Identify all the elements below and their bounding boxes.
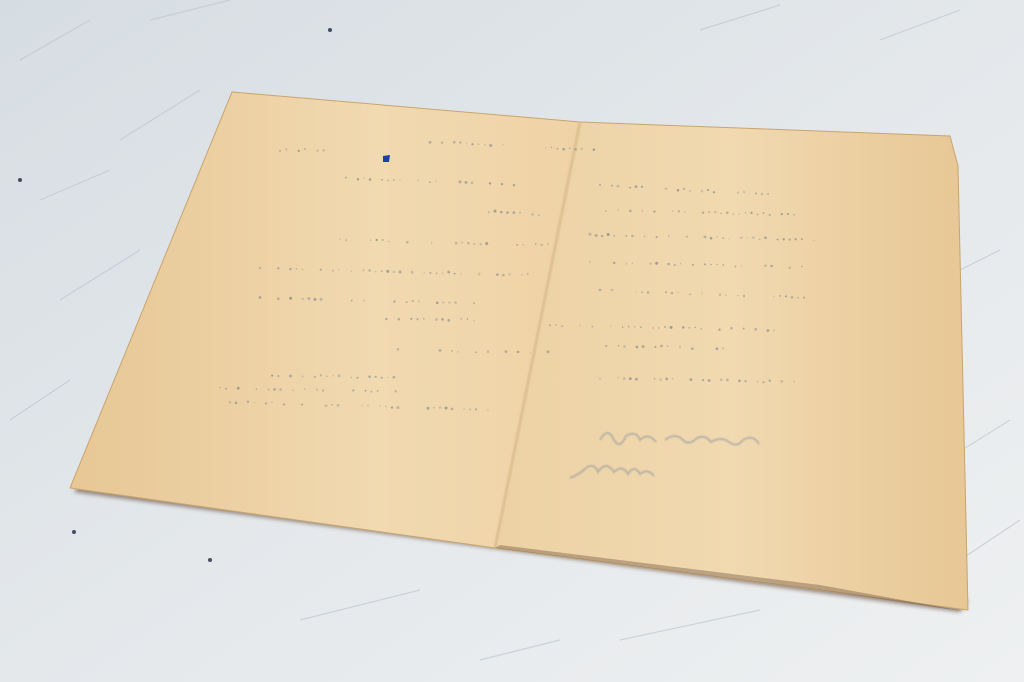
typed-text-dot (599, 378, 601, 380)
surface-speck (328, 28, 332, 32)
typed-text-dot (345, 177, 347, 179)
typed-text-dot (381, 179, 383, 181)
typed-text-dot (726, 211, 729, 214)
typed-text-dot (671, 292, 673, 294)
typed-text-dot (381, 270, 382, 271)
typed-text-dot (393, 271, 396, 274)
typed-text-dot (279, 388, 282, 391)
typed-text-dot (235, 402, 238, 405)
typed-text-dot (721, 213, 722, 214)
typed-text-dot (529, 352, 530, 353)
typed-text-dot (442, 272, 444, 274)
typed-text-dot (463, 408, 464, 409)
typed-text-dot (632, 263, 633, 264)
typed-text-dot (813, 240, 814, 241)
typed-text-dot (418, 300, 420, 302)
typed-text-dot (655, 262, 658, 265)
typed-text-dot (271, 402, 272, 403)
typed-text-dot (289, 375, 292, 378)
typed-text-dot (478, 273, 481, 276)
typed-text-dot (791, 296, 794, 299)
photo-canvas (0, 0, 1024, 682)
typed-text-dot (793, 381, 794, 382)
typed-text-dot (386, 270, 389, 273)
typed-text-dot (531, 213, 534, 216)
typed-text-dot (750, 212, 752, 214)
typed-text-dot (743, 328, 745, 330)
typed-text-dot (692, 264, 694, 266)
typed-text-dot (471, 143, 473, 145)
typed-text-dot (368, 269, 370, 271)
typed-text-dot (660, 345, 663, 348)
typed-text-dot (574, 148, 577, 151)
typed-text-dot (285, 148, 287, 150)
typed-text-dot (454, 301, 457, 304)
typed-text-dot (289, 297, 292, 300)
typed-text-dot (436, 302, 439, 305)
typed-text-dot (424, 272, 425, 273)
typed-text-dot (716, 264, 717, 265)
typed-text-dot (489, 182, 491, 184)
typed-text-dot (460, 273, 461, 274)
typed-text-dot (730, 327, 733, 330)
typed-text-dot (489, 144, 492, 147)
typed-text-dot (332, 270, 334, 272)
typed-text-dot (677, 189, 680, 192)
typed-text-dot (694, 326, 696, 328)
typed-text-dot (368, 375, 371, 378)
typed-text-dot (339, 239, 341, 241)
typed-text-dot (475, 351, 477, 353)
typed-text-dot (397, 348, 399, 350)
typed-text-dot (659, 378, 662, 381)
typed-text-dot (740, 236, 743, 239)
typed-text-dot (767, 193, 769, 195)
typed-text-dot (722, 264, 724, 266)
typed-text-dot (325, 404, 328, 407)
typed-text-dot (555, 324, 557, 326)
typed-text-dot (670, 326, 673, 329)
typed-text-dot (787, 213, 789, 215)
typed-text-dot (656, 236, 658, 238)
typed-text-dot (557, 148, 559, 150)
typed-text-dot (579, 325, 581, 327)
typed-text-dot (454, 273, 456, 275)
typed-text-dot (682, 326, 684, 328)
typed-text-dot (773, 296, 774, 297)
typed-text-dot (484, 144, 486, 146)
typed-text-dot (691, 347, 694, 350)
typed-text-dot (803, 297, 805, 299)
typed-text-dot (412, 300, 414, 302)
typed-text-dot (521, 274, 522, 275)
typed-text-dot (379, 405, 380, 406)
typed-text-dot (640, 326, 642, 328)
typed-text-dot (665, 187, 667, 189)
typed-text-dot (362, 269, 364, 271)
typed-text-dot (256, 388, 258, 390)
typed-text-dot (635, 185, 638, 188)
typed-text-dot (743, 295, 745, 297)
typed-text-dot (302, 269, 303, 270)
typed-text-dot (789, 267, 791, 269)
typed-text-dot (726, 378, 729, 381)
typed-text-dot (561, 325, 563, 327)
typed-text-dot (599, 184, 601, 186)
typed-text-dot (398, 318, 401, 321)
typed-text-dot (385, 318, 387, 320)
typed-text-dot (599, 289, 602, 292)
typed-text-dot (361, 405, 362, 406)
typed-text-dot (517, 351, 520, 354)
typed-text-dot (410, 318, 412, 320)
typed-text-dot (701, 190, 704, 193)
typed-text-dot (744, 380, 746, 382)
typed-text-dot (279, 150, 281, 152)
typed-text-dot (501, 183, 503, 185)
typed-text-dot (411, 271, 414, 274)
typed-text-dot (406, 301, 408, 303)
typed-text-dot (737, 192, 739, 194)
typed-text-dot (562, 148, 565, 151)
typed-text-dot (641, 186, 643, 188)
typed-text-dot (591, 325, 593, 327)
typed-text-dot (635, 292, 636, 293)
typed-text-dot (395, 390, 397, 392)
typed-text-dot (363, 177, 365, 179)
typed-text-dot (718, 328, 721, 331)
typed-text-dot (519, 212, 521, 214)
typed-text-dot (793, 214, 795, 216)
typed-text-dot (473, 302, 475, 304)
typed-text-dot (351, 300, 352, 301)
typed-text-dot (494, 210, 497, 213)
typed-text-dot (488, 211, 490, 213)
typed-text-dot (391, 407, 393, 409)
typed-text-dot (569, 147, 570, 148)
typed-text-dot (459, 141, 461, 143)
typed-text-dot (689, 378, 692, 381)
typed-text-dot (629, 187, 631, 189)
typed-text-dot (253, 402, 254, 403)
typed-text-dot (665, 291, 667, 293)
typed-text-dot (301, 404, 303, 406)
typed-text-dot (547, 243, 548, 244)
typed-text-dot (435, 318, 438, 321)
typed-text-dot (785, 295, 787, 297)
typed-text-dot (219, 387, 220, 388)
typed-text-dot (429, 141, 432, 144)
typed-text-dot (277, 267, 279, 269)
typed-text-dot (393, 376, 396, 379)
typed-text-dot (688, 327, 690, 329)
typed-text-dot (607, 233, 610, 236)
typed-text-dot (308, 297, 311, 300)
typed-text-dot (611, 185, 613, 187)
typed-text-dot (716, 236, 717, 237)
typed-text-dot (618, 209, 619, 210)
typed-text-dot (647, 291, 650, 294)
typed-text-dot (652, 327, 653, 328)
typed-text-dot (618, 345, 619, 346)
typed-text-dot (367, 405, 369, 407)
typed-text-dot (689, 190, 691, 192)
typed-text-dot (371, 391, 373, 393)
typed-text-dot (732, 213, 734, 215)
typed-text-dot (317, 150, 319, 152)
typed-text-dot (471, 182, 474, 185)
typed-text-dot (289, 268, 291, 270)
typed-text-dot (801, 238, 803, 240)
typed-text-dot (654, 378, 656, 380)
typed-text-dot (382, 239, 384, 241)
typed-text-dot (758, 238, 760, 240)
typed-text-dot (459, 180, 462, 183)
typed-text-dot (605, 345, 607, 347)
typed-text-dot (623, 345, 626, 348)
typed-text-dot (644, 236, 646, 238)
typed-text-dot (527, 273, 528, 274)
typed-text-dot (707, 189, 709, 191)
typed-text-dot (649, 263, 651, 265)
typed-text-dot (677, 292, 678, 293)
typed-text-dot (475, 408, 477, 410)
typed-text-dot (642, 345, 645, 348)
typed-text-dot (629, 377, 632, 380)
typed-text-dot (752, 236, 754, 238)
typed-text-dot (636, 346, 639, 349)
typed-text-dot (654, 346, 656, 348)
typed-text-dot (745, 212, 746, 213)
typed-text-dot (719, 294, 721, 296)
typed-text-dot (473, 243, 475, 245)
typed-text-dot (678, 210, 680, 212)
typed-text-dot (237, 387, 240, 390)
typed-text-dot (314, 298, 317, 301)
typed-text-dot (605, 210, 607, 212)
typed-text-dot (461, 242, 462, 243)
typed-text-dot (763, 381, 765, 383)
typed-text-dot (314, 376, 316, 378)
typed-text-dot (679, 346, 681, 348)
typed-text-dot (617, 377, 619, 379)
typed-text-dot (429, 272, 431, 274)
typed-text-dot (538, 215, 540, 217)
typed-text-dot (436, 273, 437, 274)
typed-text-dot (416, 318, 418, 320)
typed-text-dot (625, 263, 627, 265)
typed-text-dot (417, 180, 419, 182)
typed-text-dot (357, 178, 359, 180)
typed-text-dot (720, 378, 723, 381)
typed-text-dot (441, 141, 444, 144)
typed-text-dot (737, 295, 738, 296)
typed-text-dot (370, 240, 371, 241)
typed-text-dot (485, 242, 488, 245)
typed-text-dot (304, 148, 306, 150)
typed-text-dot (767, 329, 770, 332)
typed-text-dot (399, 179, 400, 180)
typed-text-dot (710, 237, 713, 240)
typed-text-dot (547, 350, 550, 353)
typed-text-dot (761, 193, 764, 196)
typed-text-dot (611, 289, 614, 292)
typed-text-dot (617, 185, 620, 188)
typed-text-dot (512, 211, 515, 214)
typed-text-dot (320, 298, 323, 301)
typed-text-dot (316, 389, 318, 391)
typed-text-dot (714, 211, 717, 214)
typed-text-dot (551, 147, 552, 148)
typed-text-dot (738, 379, 741, 382)
typed-text-dot (375, 376, 377, 378)
typed-text-dot (365, 390, 367, 392)
typed-text-dot (302, 298, 304, 300)
typed-text-dot (469, 409, 471, 411)
typed-text-dot (385, 406, 386, 407)
typed-text-dot (610, 325, 611, 326)
typed-text-dot (513, 184, 515, 186)
typed-text-dot (406, 241, 409, 244)
typed-text-dot (668, 235, 669, 236)
typed-text-dot (381, 377, 383, 379)
typed-text-dot (783, 238, 785, 240)
typed-text-dot (757, 381, 759, 383)
typed-text-dot (502, 274, 504, 276)
typed-text-dot (439, 406, 442, 409)
typed-text-dot (708, 379, 711, 382)
typed-text-dot (352, 389, 354, 391)
typed-text-dot (435, 181, 436, 182)
typed-text-dot (667, 263, 670, 266)
typed-text-dot (338, 374, 341, 377)
typed-text-dot (447, 319, 450, 322)
photo-scene: Aged paper document with faint show-thro… (0, 0, 1024, 682)
typed-text-dot (427, 407, 430, 410)
typed-text-dot (487, 350, 490, 353)
typed-text-dot (540, 244, 542, 246)
typed-text-dot (722, 237, 724, 239)
typed-text-dot (522, 244, 524, 246)
typed-text-dot (631, 235, 634, 238)
typed-text-dot (710, 264, 711, 265)
typed-text-dot (628, 326, 630, 328)
typed-text-dot (769, 380, 771, 382)
typed-text-dot (755, 193, 757, 195)
typed-text-dot (516, 244, 518, 246)
typed-text-dot (337, 404, 340, 407)
typed-text-dot (473, 320, 475, 322)
typed-text-dot (296, 268, 298, 270)
typed-text-dot (375, 271, 376, 272)
typed-text-dot (702, 212, 704, 214)
typed-text-dot (763, 212, 765, 214)
typed-text-dot (376, 239, 378, 241)
typed-text-dot (743, 191, 745, 193)
typed-text-dot (704, 263, 706, 265)
typed-text-dot (387, 377, 388, 378)
typed-text-dot (545, 147, 546, 148)
typed-text-dot (777, 239, 779, 241)
typed-text-dot (479, 243, 481, 245)
typed-text-dot (725, 294, 726, 295)
typed-text-dot (589, 261, 591, 263)
typed-text-dot (225, 388, 227, 390)
typed-text-dot (713, 191, 715, 193)
typed-text-dot (506, 211, 508, 213)
typed-text-dot (689, 294, 691, 296)
typed-text-dot (393, 179, 395, 181)
typed-text-dot (589, 233, 592, 236)
typed-text-dot (496, 273, 499, 276)
typed-text-dot (680, 263, 681, 264)
typed-text-dot (702, 379, 704, 381)
typed-text-dot (431, 242, 433, 244)
typed-text-dot (363, 300, 365, 302)
typed-text-dot (686, 236, 688, 238)
typed-text-dot (331, 404, 333, 406)
typed-text-dot (505, 350, 508, 353)
typed-text-dot (277, 297, 280, 300)
typed-text-dot (466, 142, 467, 143)
typed-text-dot (283, 403, 285, 405)
typed-text-dot (789, 238, 791, 240)
typed-text-dot (451, 350, 453, 352)
typed-text-dot (467, 318, 469, 320)
typed-text-dot (593, 148, 596, 151)
typed-text-dot (781, 213, 783, 215)
typed-text-dot (613, 262, 616, 265)
typed-text-dot (653, 210, 655, 212)
typed-text-dot (345, 239, 347, 241)
typed-text-dot (770, 265, 773, 268)
typed-text-dot (801, 266, 802, 267)
typed-text-dot (247, 401, 249, 403)
typed-text-dot (722, 347, 724, 349)
typed-text-dot (460, 318, 462, 320)
typed-text-dot (704, 236, 707, 239)
typed-text-dot (780, 380, 783, 383)
typed-text-dot (716, 347, 719, 350)
typed-text-dot (683, 188, 685, 190)
typed-text-dot (625, 235, 627, 237)
typed-text-dot (672, 210, 673, 211)
typed-text-dot (447, 271, 450, 274)
typed-text-dot (595, 234, 598, 237)
typed-text-dot (448, 301, 450, 303)
typed-text-dot (439, 349, 442, 352)
typed-text-dot (641, 291, 643, 293)
typed-text-dot (229, 401, 231, 403)
typed-text-dot (259, 267, 261, 269)
surface-speck (72, 530, 76, 534)
typed-text-dot (581, 148, 583, 150)
typed-text-dot (326, 376, 328, 378)
typed-text-dot (754, 328, 757, 331)
typed-text-dot (665, 378, 668, 381)
typed-text-dot (265, 402, 267, 404)
typed-text-dot (351, 271, 352, 272)
typed-text-dot (739, 213, 740, 214)
typed-text-dot (429, 181, 431, 183)
typed-text-dot (664, 326, 666, 328)
typed-text-dot (457, 351, 458, 352)
typed-text-dot (642, 210, 643, 211)
typed-text-dot (741, 265, 742, 266)
typed-text-dot (667, 345, 669, 347)
typed-text-dot (399, 271, 402, 274)
typed-text-dot (487, 409, 488, 410)
